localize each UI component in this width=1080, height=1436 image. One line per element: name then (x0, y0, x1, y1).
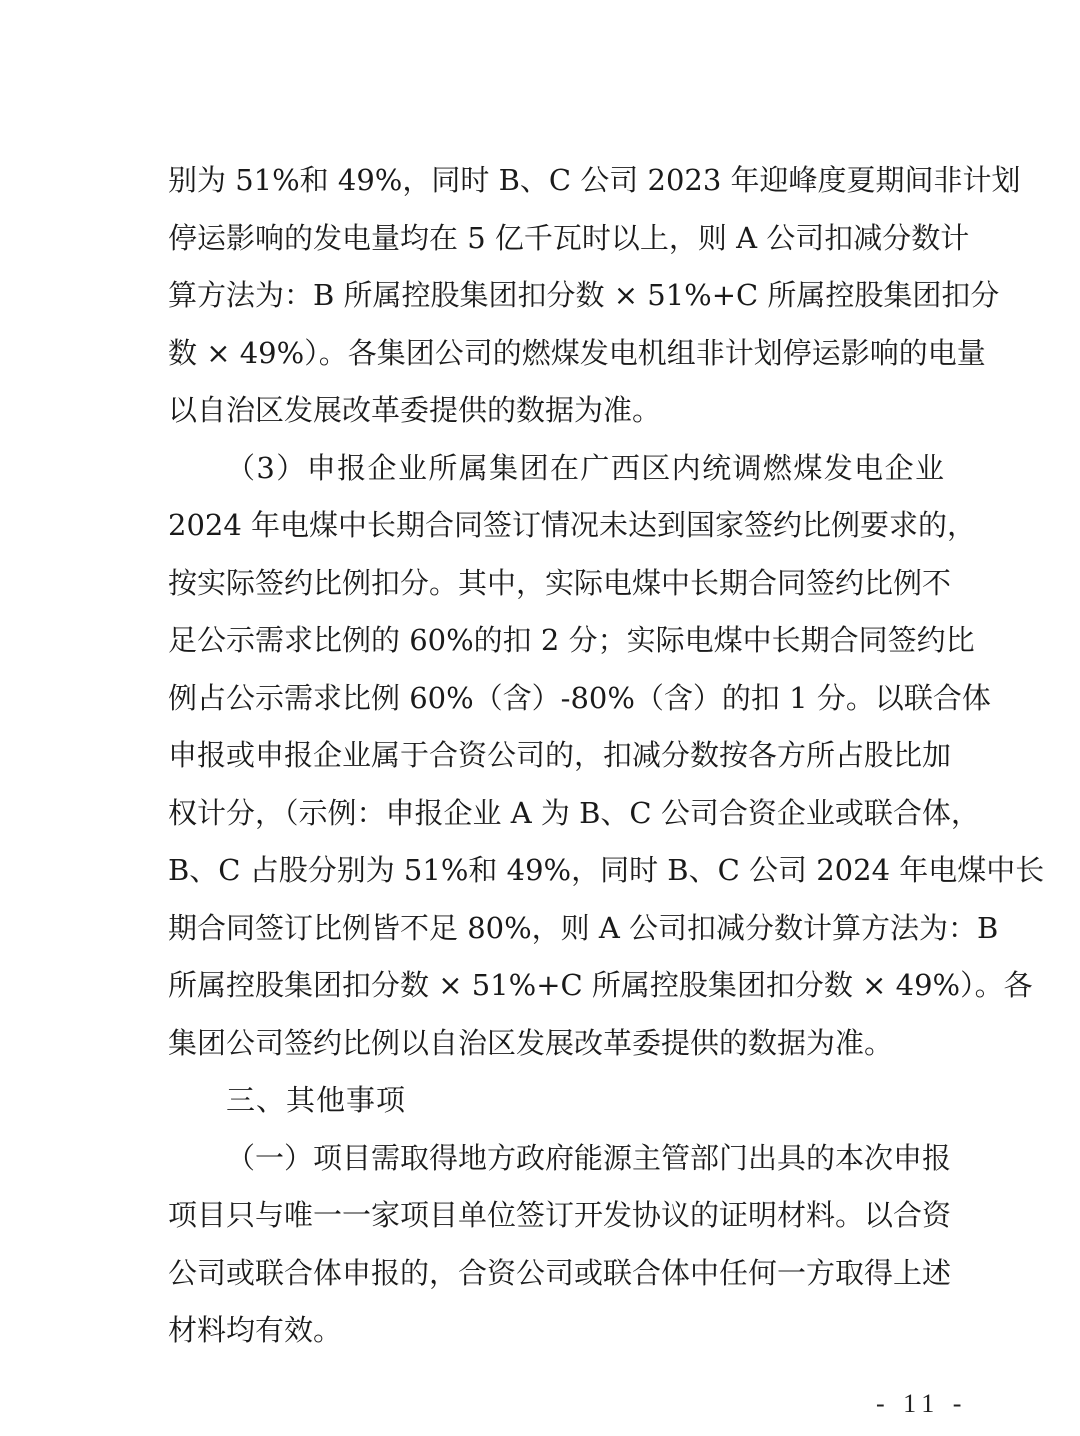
text-line: 数 × 49%）。各集团公司的燃煤发电机组非计划停运影响的电量 (168, 325, 944, 383)
text-line: 2024 年电煤中长期合同签订情况未达到国家签约比例要求的， (168, 497, 944, 555)
text-line: 申报或申报企业属于合资公司的，扣减分数按各方所占股比加 (168, 727, 944, 785)
text-line: 公司或联合体申报的，合资公司或联合体中任何一方取得上述 (168, 1245, 944, 1303)
text-line: （3）申报企业所属集团在广西区内统调燃煤发电企业 (168, 440, 944, 498)
text-line: 别为 51%和 49%，同时 B、C 公司 2023 年迎峰度夏期间非计划 (168, 152, 944, 210)
document-page: 别为 51%和 49%，同时 B、C 公司 2023 年迎峰度夏期间非计划 停运… (168, 152, 944, 1360)
text-line: 算方法为：B 所属控股集团扣分数 × 51%+C 所属控股集团扣分 (168, 267, 944, 325)
text-line: 停运影响的发电量均在 5 亿千瓦时以上，则 A 公司扣减分数计 (168, 210, 944, 268)
paragraph-continuation: 别为 51%和 49%，同时 B、C 公司 2023 年迎峰度夏期间非计划 停运… (168, 152, 944, 440)
text-line: （一）项目需取得地方政府能源主管部门出具的本次申报 (168, 1130, 944, 1188)
paragraph-other-1: （一）项目需取得地方政府能源主管部门出具的本次申报 项目只与唯一一家项目单位签订… (168, 1130, 944, 1360)
section-heading: 三、其他事项 (168, 1072, 944, 1130)
text-line: 以自治区发展改革委提供的数据为准。 (168, 382, 944, 440)
text-line: 按实际签约比例扣分。其中，实际电煤中长期合同签约比例不 (168, 555, 944, 613)
page-number: - 11 - (876, 1386, 967, 1422)
text-line: 集团公司签约比例以自治区发展改革委提供的数据为准。 (168, 1015, 944, 1073)
text-line: 项目只与唯一一家项目单位签订开发协议的证明材料。以合资 (168, 1187, 944, 1245)
paragraph-item-3: （3）申报企业所属集团在广西区内统调燃煤发电企业 2024 年电煤中长期合同签订… (168, 440, 944, 1073)
text-line: B、C 占股分别为 51%和 49%，同时 B、C 公司 2024 年电煤中长 (168, 842, 944, 900)
text-line: 足公示需求比例的 60%的扣 2 分；实际电煤中长期合同签约比 (168, 612, 944, 670)
text-line: 所属控股集团扣分数 × 51%+C 所属控股集团扣分数 × 49%）。各 (168, 957, 944, 1015)
text-line: 材料均有效。 (168, 1302, 944, 1360)
text-line: 期合同签订比例皆不足 80%，则 A 公司扣减分数计算方法为：B (168, 900, 944, 958)
text-line: 权计分，（示例：申报企业 A 为 B、C 公司合资企业或联合体， (168, 785, 944, 843)
text-line: 例占公示需求比例 60%（含）-80%（含）的扣 1 分。以联合体 (168, 670, 944, 728)
